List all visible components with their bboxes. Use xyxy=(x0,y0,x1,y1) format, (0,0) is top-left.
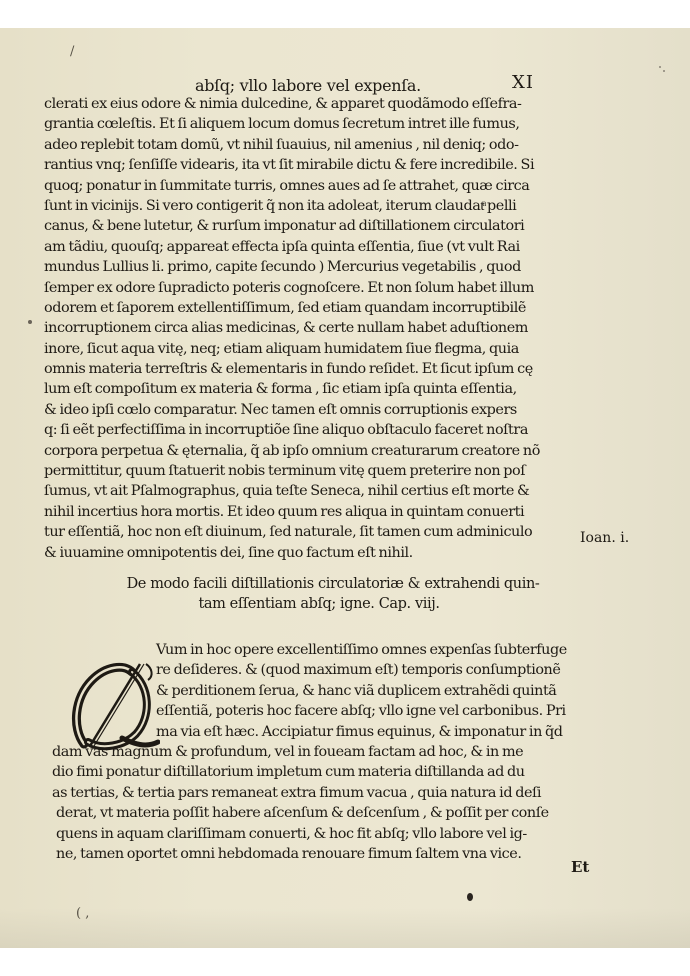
text-line: ne, tamen oportet omni hebdomada renouar… xyxy=(44,844,604,864)
text-line: permittitur, quum ſtatuerit nobis termin… xyxy=(44,461,564,481)
text-line: clerati ex eius odore & nimia dulcedine,… xyxy=(44,94,564,114)
text-line: ſunt in vicinijs. Si vero contigerit q̃ … xyxy=(44,196,564,216)
ink-speck xyxy=(659,66,661,68)
text-line: re deſideres. & (quod maximum eſt) tempo… xyxy=(44,660,604,680)
book-page: / abſq; vllo labore vel expenſa. XI cler… xyxy=(0,28,690,948)
text-line: dio fimi ponatur diſtillatorium impletum… xyxy=(44,762,604,782)
text-line: & iuuamine omnipotentis dei, ſine quo fa… xyxy=(44,543,564,563)
text-line: eſſentiã, poteris hoc facere abſq; vllo … xyxy=(44,701,604,721)
text-line: mundus Lullius li. primo, capite ſecundo… xyxy=(44,257,564,277)
catchword: Et xyxy=(571,858,589,876)
text-line: ſumus, vt ait Pſalmographus, quia teſte … xyxy=(44,481,564,501)
text-line: ma via eſt hæc. Accipiatur fimus equinus… xyxy=(44,722,604,742)
text-line: & perditionem ſerua, & hanc viã duplicem… xyxy=(44,681,604,701)
body-text: clerati ex eius odore & nimia dulcedine,… xyxy=(44,94,564,563)
text-line: as tertias, & tertia pars remaneat extra… xyxy=(44,783,604,803)
text-line: rantius vnq; ſenſiſſe videaris, ita vt ſ… xyxy=(44,155,564,175)
text-line: corpora perpetua & ęternalia, q̃ ab ipſo… xyxy=(44,441,564,461)
stray-ink-mark: ( , xyxy=(76,906,89,921)
ink-speck xyxy=(28,320,32,324)
text-line: canus, & bene lutetur, & rurſum imponatu… xyxy=(44,216,564,236)
text-line: tur eſſentiã, hoc non eſt diuinum, ſed n… xyxy=(44,522,564,542)
running-head: abſq; vllo labore vel expenſa. xyxy=(195,76,421,95)
marginal-reference: Ioan. i. xyxy=(580,530,629,546)
text-line: ſemper ex odore ſupradicto poteris cogno… xyxy=(44,278,564,298)
text-line: incorruptionem circa alias medicinas, & … xyxy=(44,318,564,338)
text-line: quoq; ponatur in ſummitate turris, omnes… xyxy=(44,176,564,196)
text-line: odorem et ſaporem extellentiſſimum, ſed … xyxy=(44,298,564,318)
text-line: adeo replebit totam domũ, vt nihil ſuaui… xyxy=(44,135,564,155)
folio-number: XI xyxy=(512,72,534,93)
text-line: nihil incertius hora mortis. Et ideo quu… xyxy=(44,502,564,522)
text-line: inore, ſicut aqua vitę, neq; etiam aliqu… xyxy=(44,339,564,359)
ink-blot xyxy=(467,893,473,901)
ink-speck xyxy=(663,70,665,72)
stray-ink-mark: / xyxy=(70,44,74,59)
text-line: omnis materia terreſtris & elementaris i… xyxy=(44,359,564,379)
text-line: dam vas magnum & profundum, vel in fouea… xyxy=(44,742,604,762)
text-line: grantia cœleſtis. Et ſi aliquem locum do… xyxy=(44,114,564,134)
chapter-heading-line-2: tam eſſentiam abſq; igne. Cap. viij. xyxy=(0,596,664,612)
text-line: derat, vt materia poſſit habere aſcenſum… xyxy=(44,803,604,823)
text-line: Vum in hoc opere excellentiſſimo omnes e… xyxy=(44,640,604,660)
text-line: quens in aquam clariſſimam conuerti, & h… xyxy=(44,824,604,844)
chapter-body: Vum in hoc opere excellentiſſimo omnes e… xyxy=(44,640,604,864)
text-line: & ideo ipſi cœlo comparatur. Nec tamen e… xyxy=(44,400,564,420)
text-line: am tãdiu, quouſq; appareat effecta ipſa … xyxy=(44,237,564,257)
text-line: q: ſi eẽt perfectiſſima in incorruptiõe … xyxy=(44,420,564,440)
page-bottom-shading xyxy=(0,908,690,948)
text-line: lum eſt compoſitum ex materia & forma , … xyxy=(44,379,564,399)
chapter-heading-line-1: De modo facili diſtillationis circulator… xyxy=(0,576,678,592)
